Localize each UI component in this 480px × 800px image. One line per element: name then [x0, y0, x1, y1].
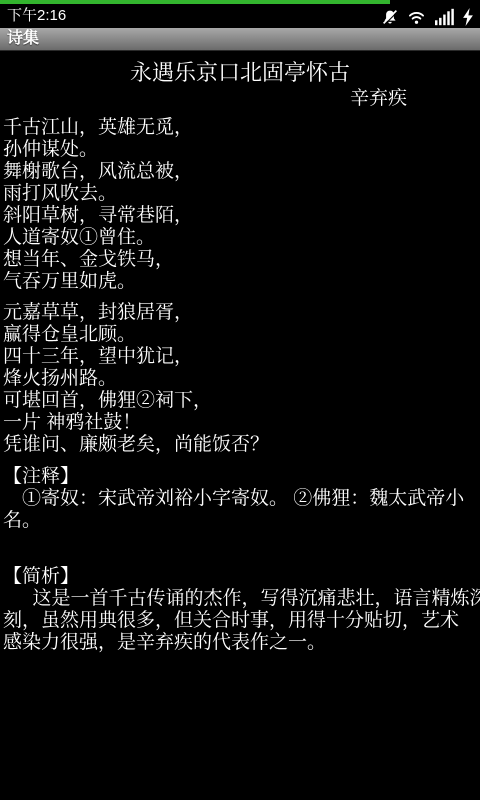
poem-stanza-1: 千古江山，英雄无觅， 孙仲谋处。 舞榭歌台，风流总被， 雨打风吹去。 斜阳草树，…: [3, 117, 477, 293]
notes-line: 名。: [3, 510, 477, 532]
signal-icon: [434, 8, 454, 26]
mute-icon: [381, 8, 399, 26]
poem-line: 可堪回首，佛狸②祠下，: [3, 390, 477, 412]
analysis-line: 这是一首千古传诵的杰作，写得沉痛悲壮，语言精炼深: [3, 588, 477, 610]
notes-line: ①寄奴：宋武帝刘裕小字寄奴。 ②佛狸：魏太武帝小: [3, 488, 477, 510]
analysis-section: 【简析】 这是一首千古传诵的杰作，写得沉痛悲壮，语言精炼深 刻，虽然用典很多，但…: [3, 566, 477, 654]
poem-line: 人道寄奴①曾住。: [3, 227, 477, 249]
poem-line: 雨打风吹去。: [3, 183, 477, 205]
poem-line: 想当年、金戈铁马，: [3, 249, 477, 271]
notes-header: 【注释】: [3, 466, 477, 488]
poem-line: 孙仲谋处。: [3, 139, 477, 161]
charging-bolt-icon: [462, 8, 474, 26]
poem-title: 永遇乐京口北固亭怀古: [3, 61, 477, 85]
analysis-line: 刻，虽然用典很多，但关合时事，用得十分贴切，艺术: [3, 610, 477, 632]
poem-line: 气吞万里如虎。: [3, 271, 477, 293]
app-title: 诗集: [7, 30, 39, 47]
wifi-icon: [407, 8, 426, 26]
top-progress-bar: [0, 0, 390, 4]
poem-line: 凭谁问、廉颇老矣，尚能饭否？: [3, 434, 477, 456]
poem-line: 千古江山，英雄无觅，: [3, 117, 477, 139]
notes-section: 【注释】 ①寄奴：宋武帝刘裕小字寄奴。 ②佛狸：魏太武帝小 名。: [3, 466, 477, 532]
analysis-line: 感染力很强，是辛弃疾的代表作之一。: [3, 632, 477, 654]
phone-screen: 下午2:16: [0, 0, 480, 800]
poem-line: 一片 神鸦社鼓！: [3, 412, 477, 434]
poem-stanza-2: 元嘉草草，封狼居胥， 赢得仓皇北顾。 四十三年，望中犹记， 烽火扬州路。 可堪回…: [3, 302, 477, 456]
poem-line: 赢得仓皇北顾。: [3, 324, 477, 346]
poem-author: 辛弃疾: [3, 88, 477, 110]
analysis-header: 【简析】: [3, 566, 477, 588]
poem-scroll-view[interactable]: 永遇乐京口北固亭怀古 辛弃疾 千古江山，英雄无觅， 孙仲谋处。 舞榭歌台，风流总…: [0, 51, 480, 654]
poem-line: 烽火扬州路。: [3, 368, 477, 390]
status-bar: 下午2:16: [0, 0, 480, 28]
app-title-bar: 诗集: [0, 28, 480, 51]
status-icons: [381, 6, 474, 26]
clock: 下午2:16: [7, 6, 66, 26]
poem-line: 舞榭歌台，风流总被，: [3, 161, 477, 183]
poem-line: 斜阳草树，寻常巷陌，: [3, 205, 477, 227]
poem-line: 元嘉草草，封狼居胥，: [3, 302, 477, 324]
poem-line: 四十三年，望中犹记，: [3, 346, 477, 368]
